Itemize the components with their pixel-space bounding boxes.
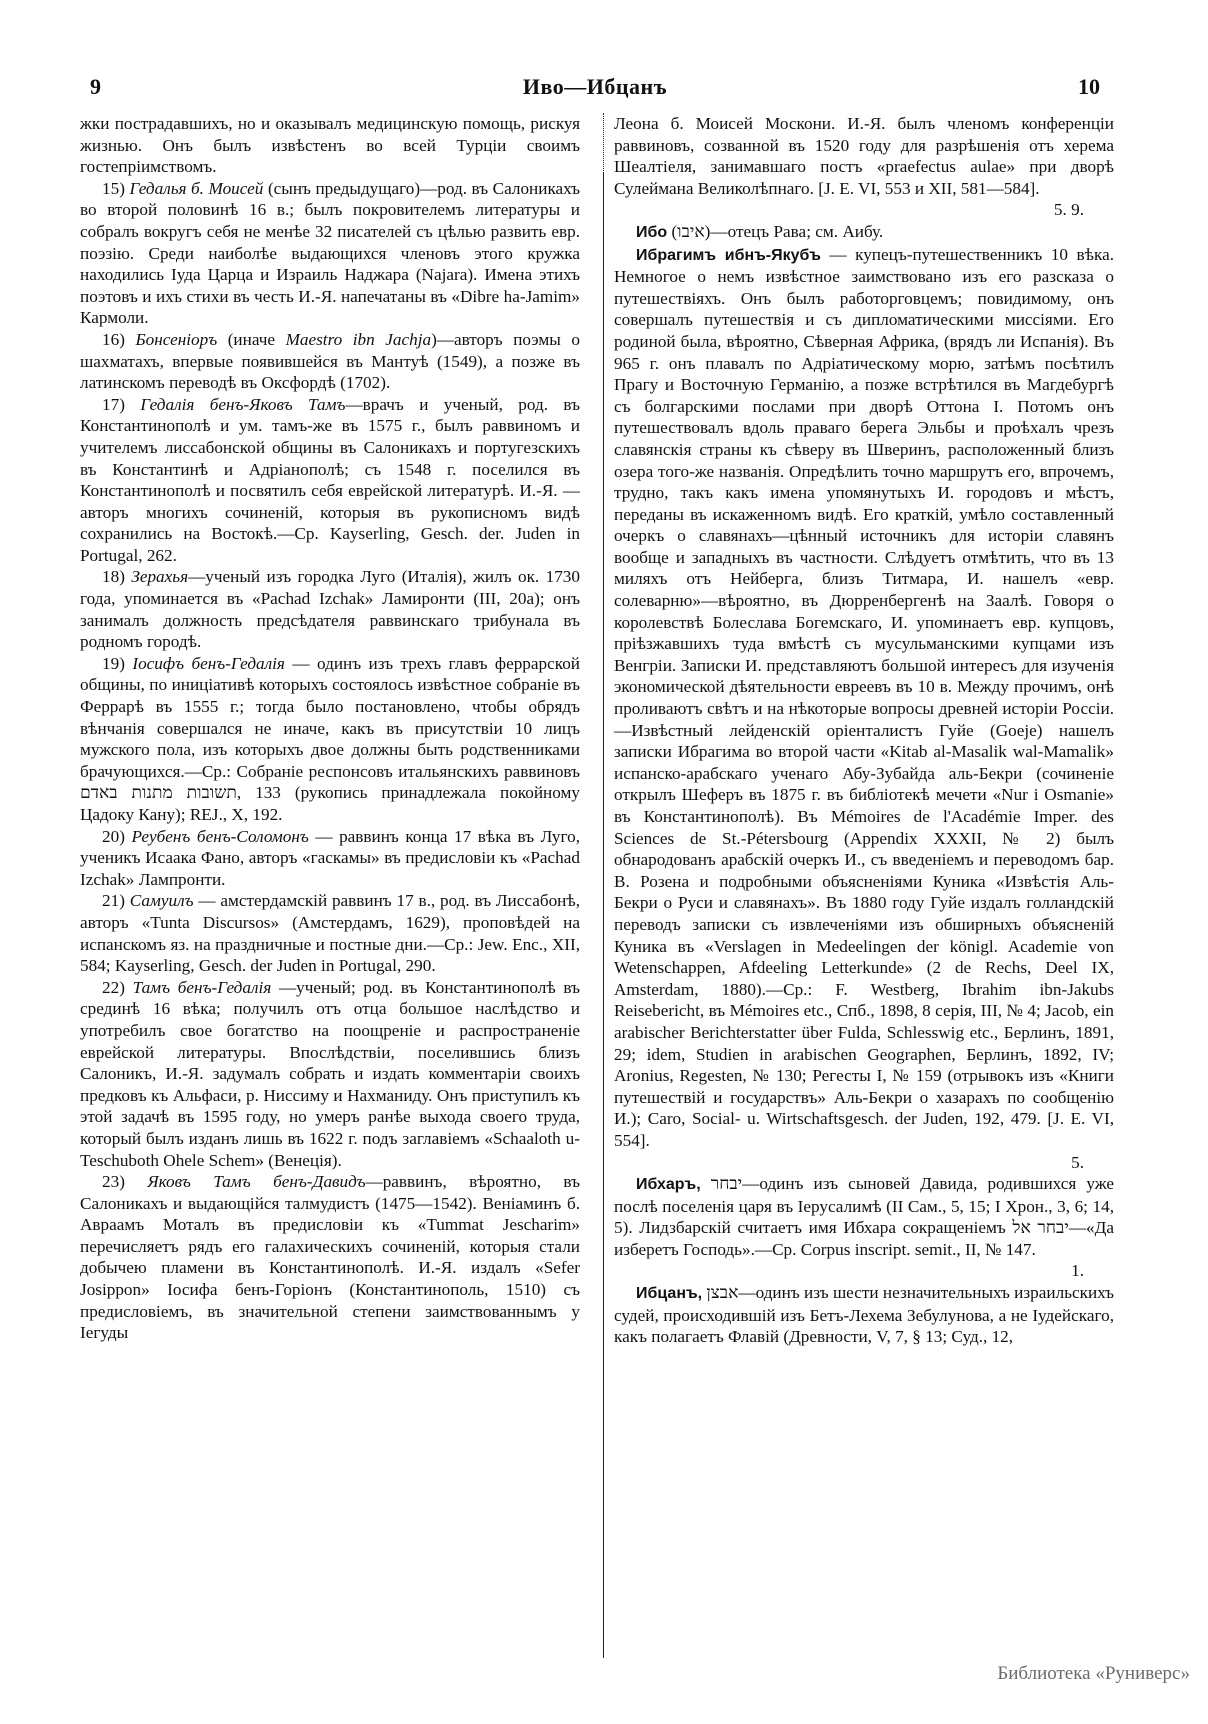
entry-ibtsan: Ибцанъ, אבצן—одинъ изъ шести незначитель… (614, 1282, 1114, 1348)
entry-name: Самуилъ (130, 891, 194, 910)
entry-22: 22) Тамъ бенъ-Гедалія —ученый; род. въ К… (80, 977, 580, 1171)
library-watermark: Библиотека «Руниверс» (997, 1663, 1190, 1685)
entry-number: 22) (102, 978, 125, 997)
left-column: жки пострадавшихъ, но и оказывалъ медици… (80, 113, 580, 1344)
entry-16: 16) Бонсеніоръ (иначе Maestro ibn Jachja… (80, 329, 580, 394)
page-header: 9 Иво—Ибцанъ 10 (90, 74, 1100, 104)
entry-15: 15) Гедалья б. Моисей (сынъ предыдущаго)… (80, 178, 580, 329)
right-column: Леона б. Моисей Москони. И.-Я. былъ член… (614, 113, 1114, 1348)
entry-number: 15) (102, 179, 125, 198)
entry-ibragim: Ибрагимъ ибнъ-Якубъ — купецъ-путешествен… (614, 244, 1114, 1174)
entry-name: Реубенъ бенъ-Соломонъ (132, 827, 309, 846)
entry-text: — купецъ-путешественникъ 10 вѣка. Немног… (614, 245, 1114, 1150)
hebrew-name: יבחר (711, 1174, 742, 1193)
headword: Ибцанъ, (636, 1285, 702, 1302)
entry-name: Гедалія бенъ-Яковъ Тамъ (140, 395, 345, 414)
continuation-paragraph: жки пострадавшихъ, но и оказывалъ медици… (80, 113, 580, 178)
entry-number: 19) (102, 654, 125, 673)
headword: Ибхаръ, (636, 1176, 701, 1193)
entry-number: 23) (102, 1172, 125, 1191)
entry-name: Яковъ Тамъ бенъ-Давидъ (147, 1172, 365, 1191)
running-title: Иво—Ибцанъ (90, 74, 1100, 100)
entry-text: —отецъ Рава; см. Аибу. (710, 222, 883, 241)
hebrew-title: תשובות מתנות באדם (80, 783, 237, 802)
entry-text: Леона б. Моисей Москони. И.-Я. былъ член… (614, 114, 1114, 198)
entry-ibhar: Ибхаръ, יבחר—одинъ изъ сыновей Давида, р… (614, 1173, 1114, 1282)
entry-name: Зерахья (131, 567, 188, 586)
entry-text: (сынъ предыдущаго)—род. въ Салоникахъ во… (80, 179, 580, 328)
author-signature: 5. (614, 1152, 1114, 1174)
entry-number: 20) (102, 827, 125, 846)
entry-19: 19) Іосифъ бенъ-Гедалія — одинъ изъ трех… (80, 653, 580, 826)
author-signature: 1. (614, 1260, 1114, 1282)
entry-17: 17) Гедалія бенъ-Яковъ Тамъ—врачъ и учен… (80, 394, 580, 567)
entry-name: Гедалья б. Моисей (129, 179, 263, 198)
entry-23: 23) Яковъ Тамъ бенъ-Давидъ—раввинъ, вѣро… (80, 1171, 580, 1344)
entry-text: (иначе (217, 330, 285, 349)
continuation-paragraph: Леона б. Моисей Москони. И.-Я. былъ член… (614, 113, 1114, 221)
entry-number: 21) (102, 891, 125, 910)
entry-text: —врачъ и ученый, род. въ Константинополѣ… (80, 395, 580, 565)
entry-ibo: Ибо (איבו)—отецъ Рава; см. Аибу. (614, 221, 1114, 244)
hebrew-name: (איבו) (671, 222, 710, 241)
column-divider-dotted (603, 113, 604, 173)
entry-text: —ученый; род. въ Константинополѣ въ сред… (80, 978, 580, 1170)
entry-number: 18) (102, 567, 125, 586)
entry-name: Бонсеніоръ (135, 330, 217, 349)
entry-name: Тамъ бенъ-Гедалія (133, 978, 272, 997)
entry-21: 21) Самуилъ — амстердамскій раввинъ 17 в… (80, 890, 580, 976)
headword: Ибо (636, 224, 667, 241)
entry-18: 18) Зерахья—ученый изъ городка Луго (Ита… (80, 566, 580, 652)
hebrew-name: אבצן (706, 1283, 738, 1302)
entry-20: 20) Реубенъ бенъ-Соломонъ — раввинъ конц… (80, 826, 580, 891)
author-signature: 5. 9. (614, 199, 1114, 221)
hebrew-phrase: יבחר אל (1012, 1218, 1068, 1237)
entry-alt-name: Maestro ibn Jachja (286, 330, 432, 349)
right-page-number: 10 (1078, 74, 1100, 100)
entry-text: —раввинъ, вѣроятно, въ Салоникахъ и выда… (80, 1172, 580, 1342)
entry-name: Іосифъ бенъ-Гедалія (132, 654, 285, 673)
entry-number: 17) (102, 395, 125, 414)
headword: Ибрагимъ ибнъ-Якубъ (636, 247, 821, 264)
column-divider (603, 113, 604, 1658)
entry-number: 16) (102, 330, 125, 349)
